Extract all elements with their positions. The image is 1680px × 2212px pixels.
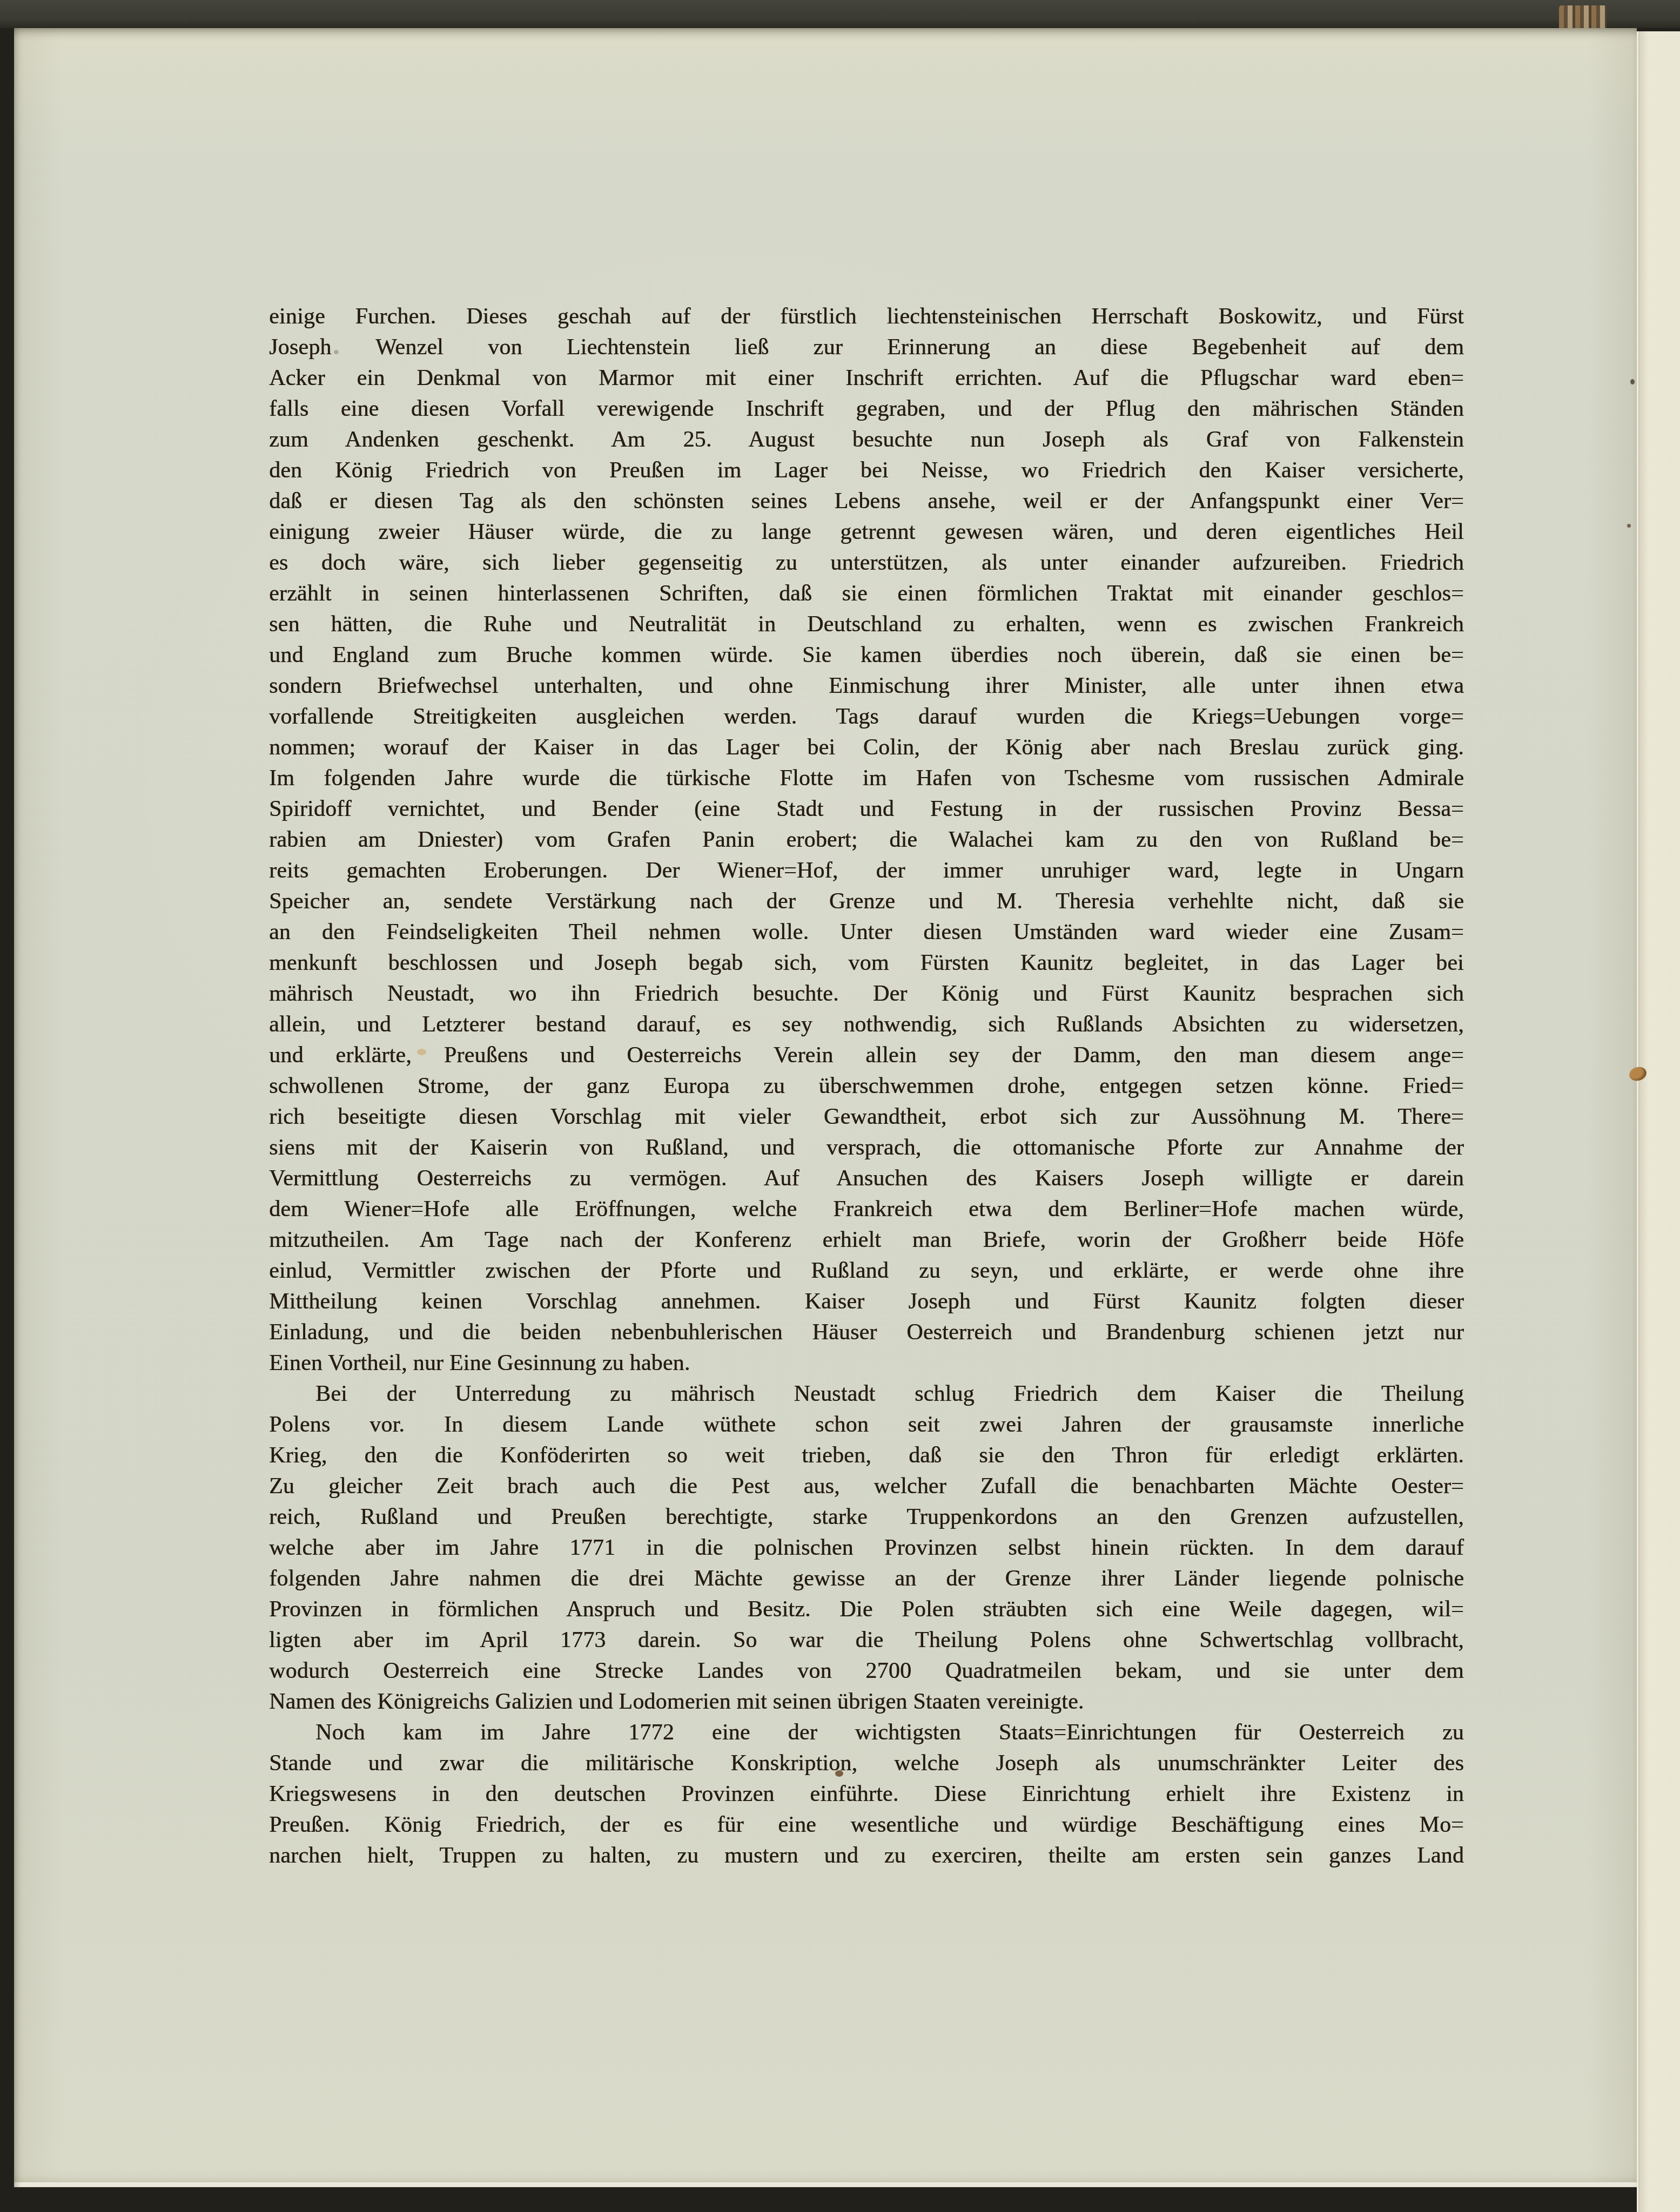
paper-speck — [417, 1049, 426, 1055]
text-line: Zu gleicher Zeit brach auch die Pest aus… — [269, 1471, 1464, 1502]
text-line: falls eine diesen Vorfall verewigende In… — [269, 394, 1464, 424]
book-headband — [1559, 5, 1607, 29]
text-line: Polens vor. In diesem Lande wüthete scho… — [269, 1410, 1464, 1440]
paragraph: Bei der Unterredung zu mährisch Neustadt… — [269, 1379, 1464, 1717]
text-line: rich beseitigte diesen Vorschlag mit vie… — [269, 1102, 1464, 1132]
text-line: Joseph Wenzel von Liechtenstein ließ zur… — [269, 332, 1464, 363]
book-scan: einige Furchen. Dieses geschah auf der f… — [0, 0, 1680, 2212]
text-line: mitzutheilen. Am Tage nach der Konferenz… — [269, 1225, 1464, 1256]
text-line: Vermittlung Oesterreichs zu vermögen. Au… — [269, 1163, 1464, 1194]
paragraph: einige Furchen. Dieses geschah auf der f… — [269, 301, 1464, 1379]
text-line: einlud, Vermittler zwischen der Pforte u… — [269, 1256, 1464, 1286]
text-line: Einen Vortheil, nur Eine Gesinnung zu ha… — [269, 1348, 1464, 1379]
text-line: reich, Rußland und Preußen berechtigte, … — [269, 1502, 1464, 1533]
text-line: wodurch Oesterreich eine Strecke Landes … — [269, 1656, 1464, 1687]
text-line: ligten aber im April 1773 darein. So war… — [269, 1625, 1464, 1656]
text-line: Spiridoff vernichtet, und Bender (eine S… — [269, 794, 1464, 825]
text-line: zum Andenken geschenkt. Am 25. August be… — [269, 424, 1464, 455]
text-line: menkunft beschlossen und Joseph begab si… — [269, 948, 1464, 979]
text-block: einige Furchen. Dieses geschah auf der f… — [269, 301, 1464, 1871]
text-line: welche aber im Jahre 1771 in die polnisc… — [269, 1533, 1464, 1563]
text-line: Speicher an, sendete Verstärkung nach de… — [269, 886, 1464, 917]
text-line: Bei der Unterredung zu mährisch Neustadt… — [269, 1379, 1464, 1410]
next-page-edge — [1637, 31, 1680, 2212]
text-line: einigung zweier Häuser würde, die zu lan… — [269, 517, 1464, 548]
text-line: Stande und zwar die militärische Konskri… — [269, 1748, 1464, 1779]
text-line: sen hätten, die Ruhe und Neutralität in … — [269, 609, 1464, 640]
text-line: schwollenen Strome, der ganz Europa zu ü… — [269, 1071, 1464, 1102]
text-line: rabien am Dniester) vom Grafen Panin ero… — [269, 825, 1464, 855]
paper-speck — [1630, 379, 1635, 385]
text-line: es doch wäre, sich lieber gegenseitig zu… — [269, 548, 1464, 578]
text-line: narchen hielt, Truppen zu halten, zu mus… — [269, 1840, 1464, 1871]
text-line: mährisch Neustadt, wo ihn Friedrich besu… — [269, 979, 1464, 1009]
text-line: Noch kam im Jahre 1772 eine der wichtigs… — [269, 1717, 1464, 1748]
text-line: siens mit der Kaiserin von Rußland, und … — [269, 1132, 1464, 1163]
text-line: allein, und Letzterer bestand darauf, es… — [269, 1009, 1464, 1040]
text-line: Provinzen in förmlichen Anspruch und Bes… — [269, 1594, 1464, 1625]
text-line: folgenden Jahre nahmen die drei Mächte g… — [269, 1563, 1464, 1594]
paper-speck — [1627, 524, 1631, 528]
text-line: reits gemachten Eroberungen. Der Wiener=… — [269, 855, 1464, 886]
text-line: erzählt in seinen hinterlassenen Schrift… — [269, 578, 1464, 609]
text-line: und erklärte, Preußens und Oesterreichs … — [269, 1040, 1464, 1071]
text-line: dem Wiener=Hofe alle Eröffnungen, welche… — [269, 1194, 1464, 1225]
text-line: nommen; worauf der Kaiser in das Lager b… — [269, 732, 1464, 763]
text-line: sondern Briefwechsel unterhalten, und oh… — [269, 671, 1464, 702]
text-line: Krieg, den die Konföderirten so weit tri… — [269, 1440, 1464, 1471]
paper-speck — [334, 350, 339, 354]
paragraph: Noch kam im Jahre 1772 eine der wichtigs… — [269, 1717, 1464, 1871]
text-line: Preußen. König Friedrich, der es für ein… — [269, 1810, 1464, 1840]
page-paper: einige Furchen. Dieses geschah auf der f… — [14, 28, 1637, 2187]
paper-speck — [835, 1770, 843, 1777]
text-line: Acker ein Denkmal von Marmor mit einer I… — [269, 363, 1464, 394]
text-line: vorfallende Streitigkeiten ausgleichen w… — [269, 702, 1464, 732]
text-line: den König Friedrich von Preußen im Lager… — [269, 455, 1464, 486]
text-line: Mittheilung keinen Vorschlag annehmen. K… — [269, 1286, 1464, 1317]
text-line: an den Feindseligkeiten Theil nehmen wol… — [269, 917, 1464, 948]
book-top-edge — [0, 0, 1680, 28]
text-line: Kriegswesens in den deutschen Provinzen … — [269, 1779, 1464, 1810]
text-line: und England zum Bruche kommen würde. Sie… — [269, 640, 1464, 671]
text-line: Namen des Königreichs Galizien und Lodom… — [269, 1687, 1464, 1717]
text-line: Im folgenden Jahre wurde die türkische F… — [269, 763, 1464, 794]
text-line: Einladung, und die beiden nebenbuhlerisc… — [269, 1317, 1464, 1348]
text-line: daß er diesen Tag als den schönsten sein… — [269, 486, 1464, 517]
text-line: einige Furchen. Dieses geschah auf der f… — [269, 301, 1464, 332]
